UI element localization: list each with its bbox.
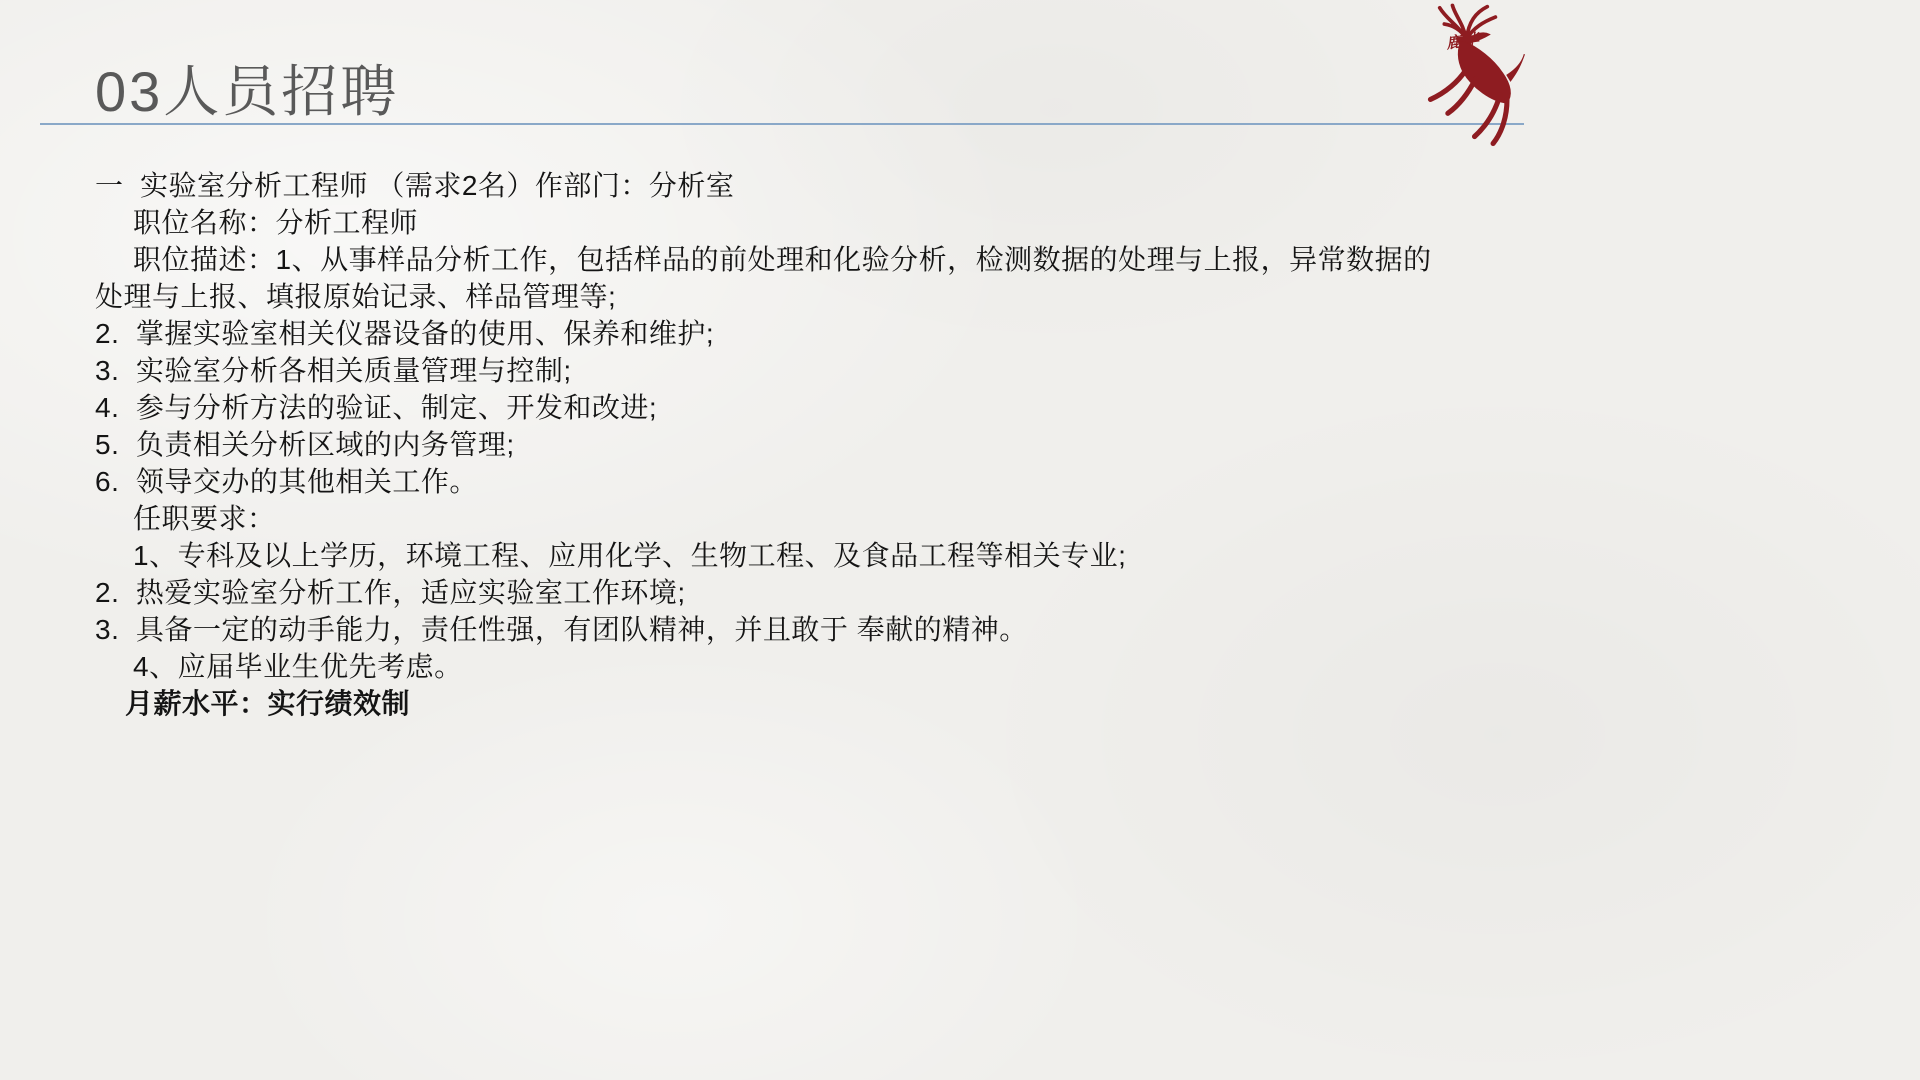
body-line: 2. 热爱实验室分析工作，适应实验室工作环境;	[95, 574, 1432, 611]
page-title: 03人员招聘	[95, 48, 399, 128]
body-line: 3. 实验室分析各相关质量管理与控制;	[95, 352, 1432, 389]
presentation-slide: 03人员招聘 鹿华 一 实验室分析工程师 （需求2名）作部门：	[0, 0, 1920, 1080]
deer-logo-icon	[1408, 2, 1548, 147]
body-line: 处理与上报、填报原始记录、样品管理等;	[95, 278, 1432, 315]
body-line: 4、应届毕业生优先考虑。	[95, 648, 1432, 685]
body-line: 5. 负责相关分析区域的内务管理;	[95, 426, 1432, 463]
body-line: 1、专科及以上学历，环境工程、应用化学、生物工程、及食品工程等相关专业;	[95, 537, 1432, 574]
body-line: 6. 领导交办的其他相关工作。	[95, 463, 1432, 500]
body-line: 职位名称：分析工程师	[95, 204, 1432, 241]
body-line: 2. 掌握实验室相关仪器设备的使用、保养和维护;	[95, 315, 1432, 352]
body-text: 一 实验室分析工程师 （需求2名）作部门：分析室职位名称：分析工程师职位描述：1…	[95, 167, 1432, 722]
company-logo: 鹿华	[1398, 2, 1548, 147]
body-line: 职位描述：1、从事样品分析工作，包括样品的前处理和化验分析，检测数据的处理与上报…	[95, 241, 1432, 278]
title-divider-line	[40, 123, 1524, 125]
body-line: 月薪水平：实行绩效制	[95, 685, 1432, 722]
body-line: 4. 参与分析方法的验证、制定、开发和改进;	[95, 389, 1432, 426]
body-line: 3. 具备一定的动手能力，责任性强，有团队精神，并且敢于 奉献的精神。	[95, 611, 1432, 648]
body-line: 一 实验室分析工程师 （需求2名）作部门：分析室	[95, 167, 1432, 204]
body-line: 任职要求：	[95, 500, 1432, 537]
